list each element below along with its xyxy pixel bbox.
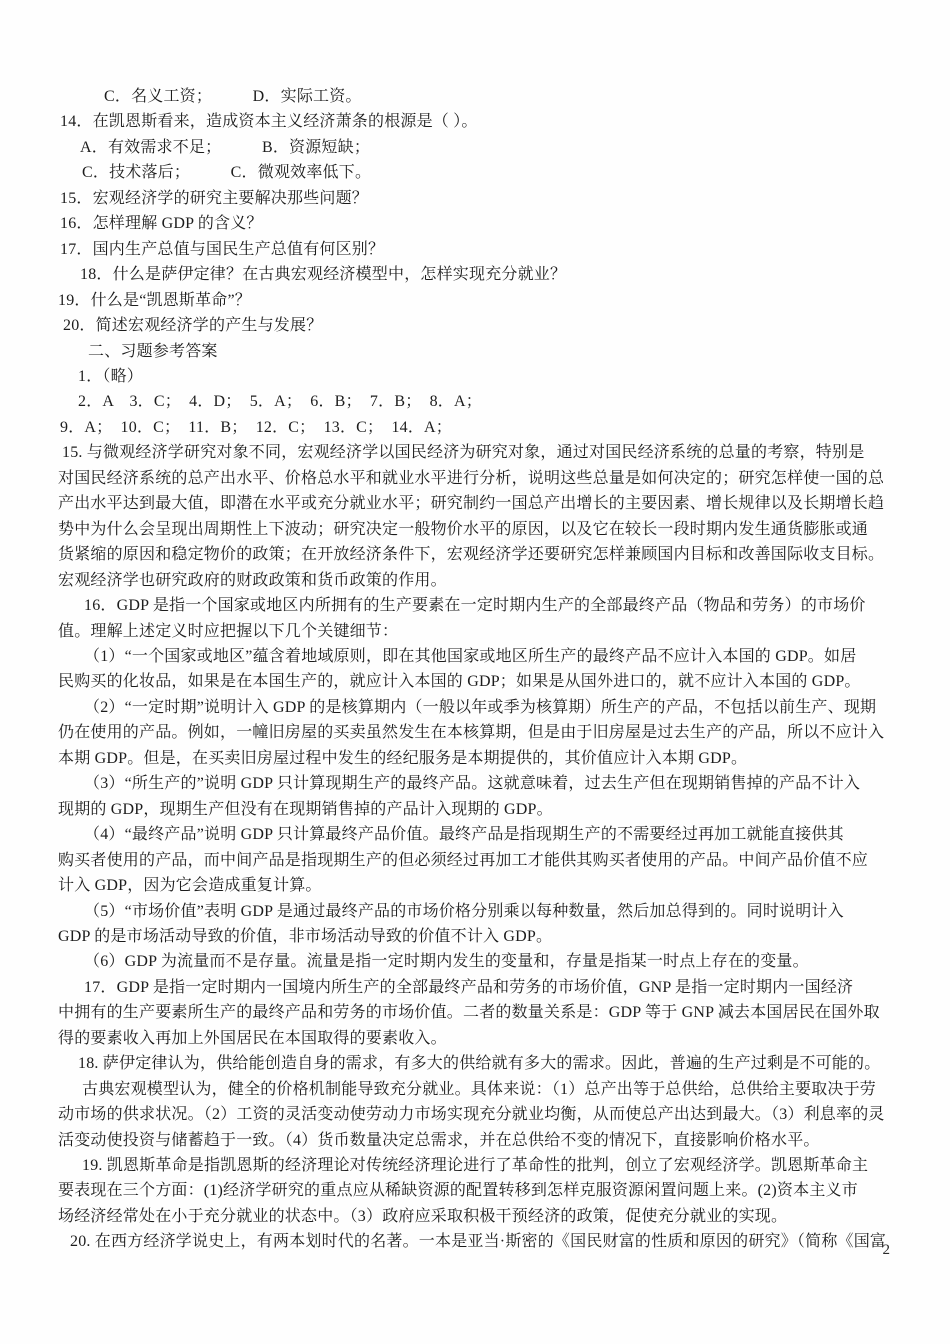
text-line: 18．什么是萨伊定律？在古典宏观经济模型中，怎样实现充分就业？ [58, 262, 894, 287]
text-line: 古典宏观模型认为，健全的价格机制能导致充分就业。具体来说：（1）总产出等于总供给… [58, 1077, 894, 1102]
text-line: 14．在凯恩斯看来，造成资本主义经济萧条的根源是（ ）。 [58, 109, 894, 134]
text-line: （1）“一个国家或地区”蕴含着地域原则，即在其他国家或地区所生产的最终产品不应计… [58, 644, 894, 669]
text-line: 对国民经济系统的总产出水平、价格总水平和就业水平进行分析，说明这些总量是如何决定… [58, 466, 894, 491]
text-line: 计入 GDP，因为它会造成重复计算。 [58, 873, 894, 898]
text-line: 16．GDP 是指一个国家或地区内所拥有的生产要素在一定时期内生产的全部最终产品… [58, 593, 894, 618]
text-line: 15. 与微观经济学研究对象不同，宏观经济学以国民经济为研究对象，通过对国民经济… [58, 440, 894, 465]
text-line: C．名义工资； D．实际工资。 [58, 84, 894, 109]
text-line: 场经济经常处在小于充分就业的状态中。（3）政府应采取积极干预经济的政策，促使充分… [58, 1204, 894, 1229]
text-line: 仍在使用的产品。例如，一幢旧房屋的买卖虽然发生在本核算期，但是由于旧房屋是过去生… [58, 720, 894, 745]
text-line: 现期的 GDP，现期生产但没有在现期销售掉的产品计入现期的 GDP。 [58, 797, 894, 822]
text-line: （4）“最终产品”说明 GDP 只计算最终产品价值。最终产品是指现期生产的不需要… [58, 822, 894, 847]
text-line: （6）GDP 为流量而不是存量。流量是指一定时期内发生的变量和，存量是指某一时点… [58, 949, 894, 974]
text-line: 货紧缩的原因和稳定物价的政策；在开放经济条件下，宏观经济学还要研究怎样兼顾国内目… [58, 542, 894, 567]
document-page: C．名义工资； D．实际工资。14．在凯恩斯看来，造成资本主义经济萧条的根源是（… [0, 0, 950, 1344]
text-line: 动市场的供求状况。（2）工资的灵活变动使劳动力市场实现充分就业均衡，从而使总产出… [58, 1102, 894, 1127]
text-line: 9．A； 10．C； 11．B； 12．C； 13．C； 14．A； [58, 415, 894, 440]
text-line: 20. 在西方经济学说史上，有两本划时代的名著。一本是亚当·斯密的《国民财富的性… [58, 1229, 894, 1254]
text-line: 二、习题参考答案 [58, 339, 894, 364]
text-body: C．名义工资； D．实际工资。14．在凯恩斯看来，造成资本主义经济萧条的根源是（… [58, 84, 894, 1255]
text-line: 民购买的化妆品，如果是在本国生产的，就应计入本国的 GDP；如果是从国外进口的，… [58, 669, 894, 694]
text-line: 购买者使用的产品，而中间产品是指现期生产的但必须经过再加工才能供其购买者使用的产… [58, 848, 894, 873]
text-line: （3）“所生产的”说明 GDP 只计算现期生产的最终产品。这就意味着，过去生产但… [58, 771, 894, 796]
text-line: 15．宏观经济学的研究主要解决那些问题？ [58, 186, 894, 211]
text-line: 值。理解上述定义时应把握以下几个关键细节： [58, 619, 894, 644]
text-line: 宏观经济学也研究政府的财政政策和货币政策的作用。 [58, 568, 894, 593]
text-line: 本期 GDP。但是，在买卖旧房屋过程中发生的经纪服务是本期提供的，其价值应计入本… [58, 746, 894, 771]
text-line: 得的要素收入再加上外国居民在本国取得的要素收入。 [58, 1026, 894, 1051]
text-line: C．技术落后； C．微观效率低下。 [58, 160, 894, 185]
text-line: 要表现在三个方面：(1)经济学研究的重点应从稀缺资源的配置转移到怎样克服资源闲置… [58, 1178, 894, 1203]
text-line: 17．GDP 是指一定时期内一国境内所生产的全部最终产品和劳务的市场价值，GNP… [58, 975, 894, 1000]
text-line: GDP 的是市场活动导致的价值，非市场活动导致的价值不计入 GDP。 [58, 924, 894, 949]
text-line: A．有效需求不足； B．资源短缺； [58, 135, 894, 160]
text-line: 19．什么是“凯恩斯革命”？ [58, 288, 894, 313]
page-number: 2 [883, 1242, 891, 1259]
text-line: 势中为什么会呈现出周期性上下波动；研究决定一般物价水平的原因，以及它在较长一段时… [58, 517, 894, 542]
text-line: 1．（略） [58, 364, 894, 389]
text-line: 中拥有的生产要素所生产的最终产品和劳务的市场价值。二者的数量关系是：GDP 等于… [58, 1000, 894, 1025]
text-line: 产出水平达到最大值，即潜在水平或充分就业水平；研究制约一国总产出增长的主要因素、… [58, 491, 894, 516]
text-line: （5）“市场价值”表明 GDP 是通过最终产品的市场价格分别乘以每种数量，然后加… [58, 899, 894, 924]
text-line: 19. 凯恩斯革命是指凯恩斯的经济理论对传统经济理论进行了革命性的批判，创立了宏… [58, 1153, 894, 1178]
text-line: 18. 萨伊定律认为，供给能创造自身的需求，有多大的供给就有多大的需求。因此，普… [58, 1051, 894, 1076]
text-line: 2．A 3．C； 4．D； 5．A； 6．B； 7．B； 8．A； [58, 389, 894, 414]
text-line: 17．国内生产总值与国民生产总值有何区别？ [58, 237, 894, 262]
text-line: 20．简述宏观经济学的产生与发展？ [58, 313, 894, 338]
text-line: （2）“一定时期”说明计入 GDP 的是核算期内（一般以年或季为核算期）所生产的… [58, 695, 894, 720]
text-line: 活变动使投资与储蓄趋于一致。（4）货币数量决定总需求，并在总供给不变的情况下，直… [58, 1128, 894, 1153]
text-line: 16．怎样理解 GDP 的含义？ [58, 211, 894, 236]
